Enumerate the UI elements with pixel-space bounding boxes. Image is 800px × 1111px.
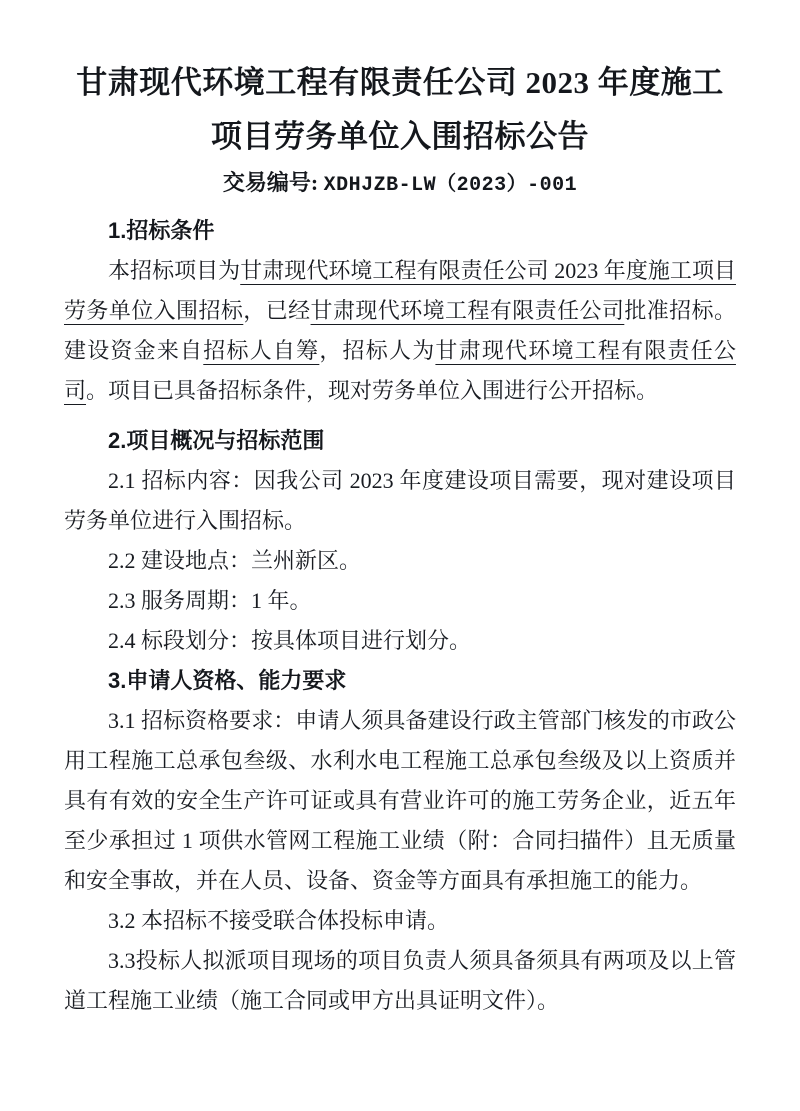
document-title: 甘肃现代环境工程有限责任公司 2023 年度施工项目劳务单位入围招标公告 <box>64 56 736 164</box>
clause-2-4-text: 2.4 标段划分：按具体项目进行划分。 <box>108 628 471 653</box>
clause-3-1-text: 3.1 招标资格要求：申请人须具备建设行政主管部门核发的市政公用工程施工总承包叁… <box>64 708 736 893</box>
clause-3-3-text: 3.3投标人拟派项目现场的项目负责人须具备须具有两项及以上管道工程施工业绩（施工… <box>64 948 736 1013</box>
document-page: 甘肃现代环境工程有限责任公司 2023 年度施工项目劳务单位入围招标公告 交易编… <box>0 0 800 1111</box>
section-3-heading: 3.申请人资格、能力要求 <box>64 661 736 701</box>
trade-number-line: 交易编号: XDHJZB-LW（2023）-001 <box>64 165 736 203</box>
section-1-paragraph-1: 本招标项目为甘肃现代环境工程有限责任公司 2023 年度施工项目劳务单位入围招标… <box>64 251 736 411</box>
trade-number-code: XDHJZB-LW（2023）-001 <box>324 174 578 197</box>
clause-3-1: 3.1 招标资格要求：申请人须具备建设行政主管部门核发的市政公用工程施工总承包叁… <box>64 701 736 901</box>
text-segment: ，招标人为 <box>319 338 435 363</box>
clause-2-4: 2.4 标段划分：按具体项目进行划分。 <box>64 621 736 661</box>
trade-number-label: 交易编号: <box>223 170 324 195</box>
section-1-heading: 1.招标条件 <box>64 211 736 251</box>
document-title-line-1: 甘肃现代环境工程有限责任公司 2023 年度施工 <box>64 56 736 110</box>
document-title-line-2: 项目劳务单位入围招标公告 <box>64 110 736 164</box>
clause-3-2-text: 3.2 本招标不接受联合体投标申请。 <box>108 908 449 933</box>
underlined-approver-name: 甘肃现代环境工程有限责任公司 <box>311 298 625 323</box>
clause-2-3: 2.3 服务周期：1 年。 <box>64 581 736 621</box>
text-segment: 本招标项目为 <box>108 258 240 283</box>
clause-2-2: 2.2 建设地点：兰州新区。 <box>64 541 736 581</box>
clause-3-2: 3.2 本招标不接受联合体投标申请。 <box>64 901 736 941</box>
text-segment: 。项目已具备招标条件，现对劳务单位入围进行公开招标。 <box>86 378 658 403</box>
clause-3-3: 3.3投标人拟派项目现场的项目负责人须具备须具有两项及以上管道工程施工业绩（施工… <box>64 941 736 1021</box>
clause-2-2-text: 2.2 建设地点：兰州新区。 <box>108 548 361 573</box>
text-segment: ，已经 <box>243 298 310 323</box>
clause-2-3-text: 2.3 服务周期：1 年。 <box>108 588 312 613</box>
underlined-funding-source: 招标人自筹 <box>203 338 319 363</box>
clause-2-1: 2.1 招标内容：因我公司 2023 年度建设项目需要，现对建设项目劳务单位进行… <box>64 461 736 541</box>
clause-2-1-text: 2.1 招标内容：因我公司 2023 年度建设项目需要，现对建设项目劳务单位进行… <box>64 468 736 533</box>
section-2-heading: 2.项目概况与招标范围 <box>64 421 736 461</box>
